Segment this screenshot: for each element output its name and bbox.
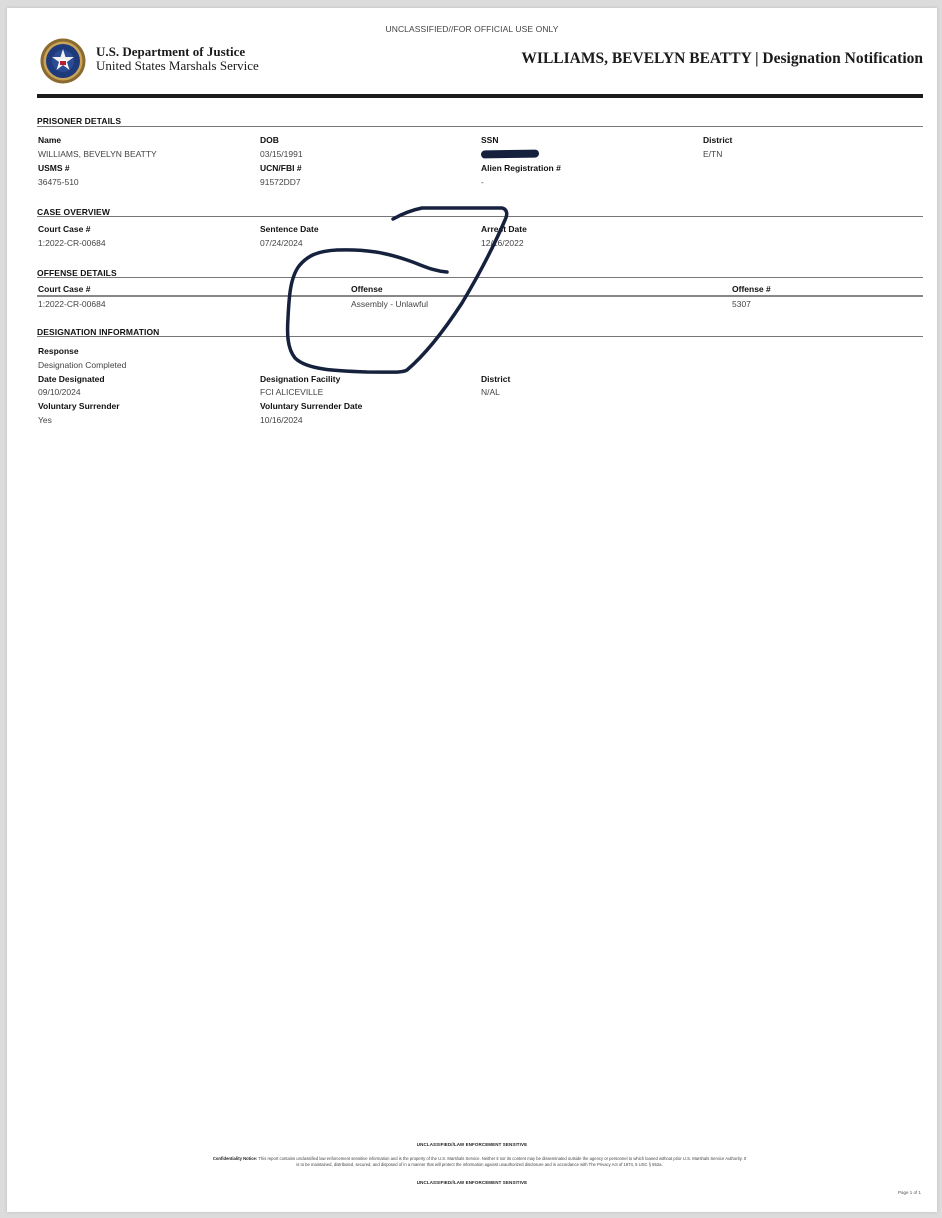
sentence-date-value: 07/24/2024 xyxy=(260,238,303,248)
department-name: U.S. Department of Justice xyxy=(96,45,259,59)
date-designated-label: Date Designated xyxy=(38,374,105,384)
offense-col-court-case: Court Case # xyxy=(38,284,90,294)
page-number: Page 1 of 1 xyxy=(898,1190,921,1195)
arrest-date-label: Arrest Date xyxy=(481,224,527,234)
classification-banner-footer-bottom: UNCLASSIFIED//LAW ENFORCEMENT SENSITIVE xyxy=(7,1180,937,1185)
dob-value: 03/15/1991 xyxy=(260,149,303,159)
sentence-date-label: Sentence Date xyxy=(260,224,319,234)
designation-district-value: N/AL xyxy=(481,387,500,397)
voluntary-surrender-date-value: 10/16/2024 xyxy=(260,415,303,425)
offense-col-offense-number: Offense # xyxy=(732,284,771,294)
name-value: WILLIAMS, BEVELYN BEATTY xyxy=(38,149,157,159)
header-divider xyxy=(37,94,923,98)
court-case-value: 1:2022-CR-00684 xyxy=(38,238,106,248)
section-divider xyxy=(37,216,923,217)
offense-court-case-value: 1:2022-CR-00684 xyxy=(38,299,106,309)
section-title-prisoner-details: PRISONER DETAILS xyxy=(37,116,121,126)
date-designated-value: 09/10/2024 xyxy=(38,387,81,397)
classification-banner-footer-top: UNCLASSIFIED//LAW ENFORCEMENT SENSITIVE xyxy=(7,1142,937,1147)
offense-value: Assembly - Unlawful xyxy=(351,299,428,309)
table-header-divider xyxy=(37,295,923,297)
usms-number-label: USMS # xyxy=(38,163,70,173)
ssn-label: SSN xyxy=(481,135,498,145)
ucn-fbi-value: 91572DD7 xyxy=(260,177,301,187)
document-title: WILLIAMS, BEVELYN BEATTY | Designation N… xyxy=(521,50,923,68)
name-label: Name xyxy=(38,135,61,145)
ssn-redaction-mark xyxy=(481,149,539,158)
section-divider xyxy=(37,126,923,127)
ucn-fbi-label: UCN/FBI # xyxy=(260,163,302,173)
section-divider xyxy=(37,336,923,337)
section-divider xyxy=(37,277,923,278)
alien-registration-value: - xyxy=(481,177,484,187)
arrest-date-value: 12/16/2022 xyxy=(481,238,524,248)
designation-facility-label: Designation Facility xyxy=(260,374,340,384)
confidentiality-notice-label: Confidentiality Notice: xyxy=(213,1156,257,1161)
district-label: District xyxy=(703,135,732,145)
usms-number-value: 36475-510 xyxy=(38,177,79,187)
alien-registration-label: Alien Registration # xyxy=(481,163,561,173)
offense-number-value: 5307 xyxy=(732,299,751,309)
response-label: Response xyxy=(38,346,79,356)
response-value: Designation Completed xyxy=(38,360,126,370)
designation-district-label: District xyxy=(481,374,510,384)
confidentiality-notice: Confidentiality Notice: This report cont… xyxy=(212,1156,747,1167)
court-case-label: Court Case # xyxy=(38,224,90,234)
service-name: United States Marshals Service xyxy=(96,59,259,73)
agency-name: U.S. Department of Justice United States… xyxy=(96,45,259,73)
confidentiality-notice-text: This report contains unclassified law en… xyxy=(258,1156,746,1167)
classification-banner-top: UNCLASSIFIED//FOR OFFICIAL USE ONLY xyxy=(7,24,937,34)
designation-facility-value: FCI ALICEVILLE xyxy=(260,387,323,397)
voluntary-surrender-label: Voluntary Surrender xyxy=(38,401,120,411)
dob-label: DOB xyxy=(260,135,279,145)
document-page: UNCLASSIFIED//FOR OFFICIAL USE ONLY U.S.… xyxy=(7,8,937,1212)
voluntary-surrender-value: Yes xyxy=(38,415,52,425)
usms-seal-icon xyxy=(40,38,86,84)
voluntary-surrender-date-label: Voluntary Surrender Date xyxy=(260,401,362,411)
hand-drawn-circle-annotation xyxy=(7,8,937,1212)
offense-col-offense: Offense xyxy=(351,284,383,294)
district-value: E/TN xyxy=(703,149,722,159)
